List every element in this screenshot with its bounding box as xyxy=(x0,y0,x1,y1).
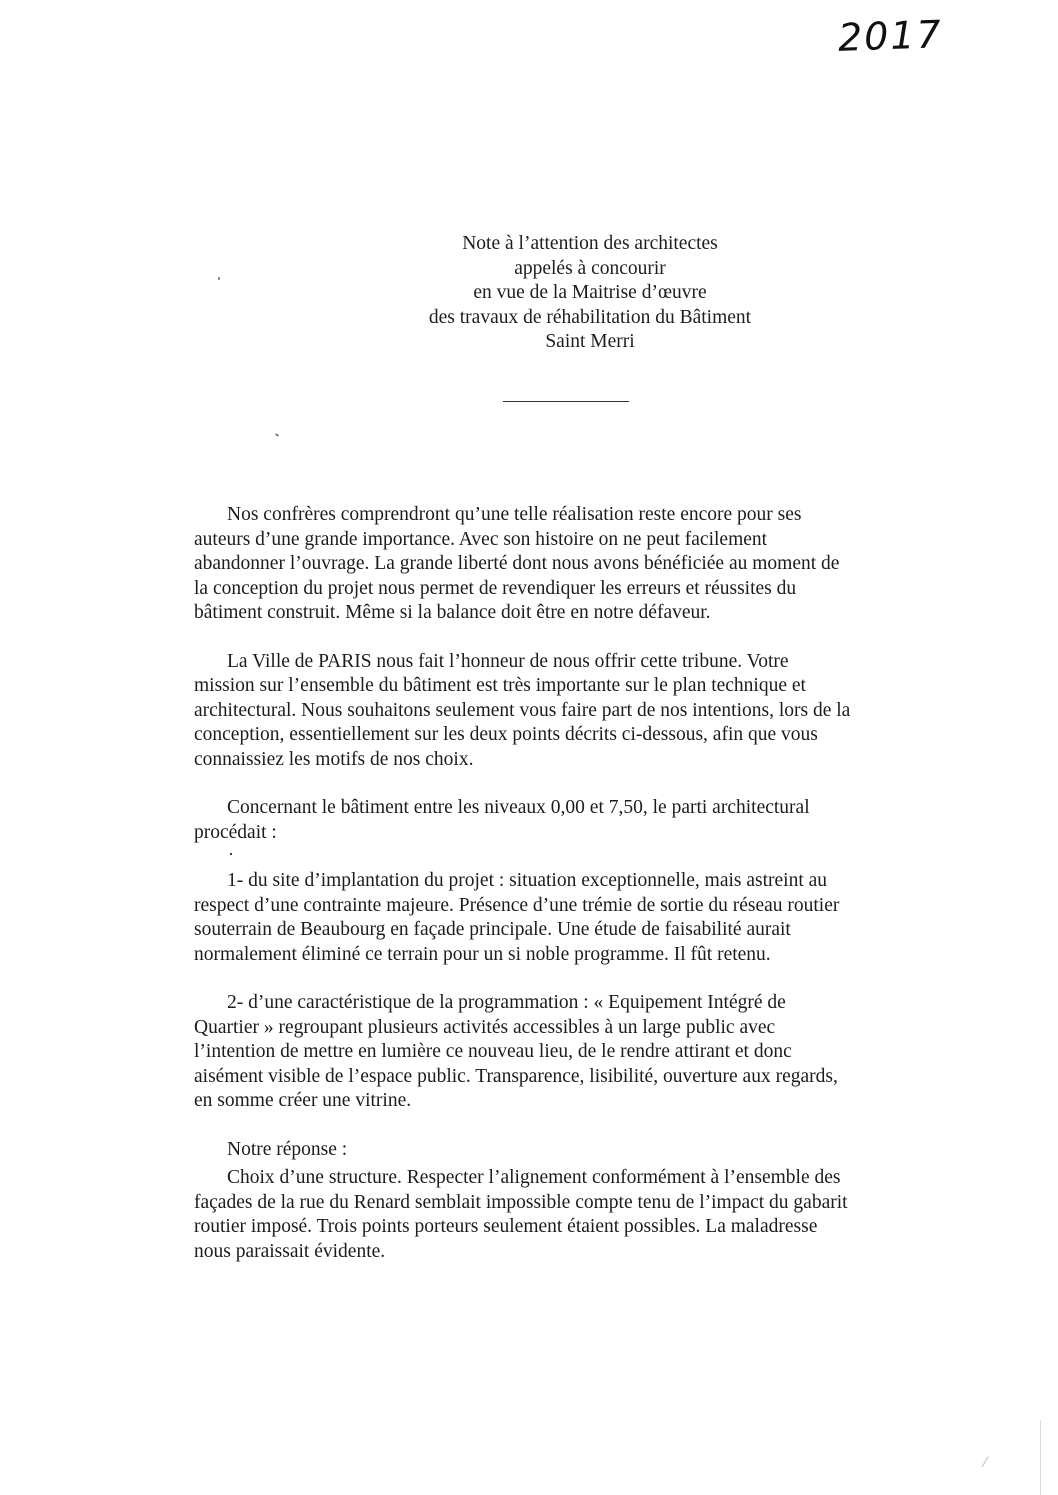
text-line: abandonner l’ouvrage. La grande liberté … xyxy=(194,552,914,577)
document-body: Nos confrères comprendront qu’une telle … xyxy=(194,503,914,1288)
paragraph-point-1: 1- du site d’implantation du projet : si… xyxy=(194,869,914,967)
paragraph-ville-de-paris: La Ville de PARIS nous fait l’honneur de… xyxy=(194,650,914,773)
text-line: auteurs d’une grande importance. Avec so… xyxy=(194,528,914,553)
text-line: la conception du projet nous permet de r… xyxy=(194,577,914,602)
text-line: Quartier » regroupant plusieurs activité… xyxy=(194,1016,914,1041)
text-line: Choix d’une structure. Respecter l’align… xyxy=(194,1166,914,1191)
paragraph-introduction: Nos confrères comprendront qu’une telle … xyxy=(194,503,914,626)
text-line: connaissiez les motifs de nos choix. xyxy=(194,748,914,773)
text-line: en somme créer une vitrine. xyxy=(194,1089,914,1114)
text-line: 2- d’une caractéristique de la programma… xyxy=(194,991,914,1016)
document-title: Note à l’attention des architectes appel… xyxy=(340,232,840,355)
paragraph-notre-reponse: Choix d’une structure. Respecter l’align… xyxy=(194,1166,914,1264)
text-line: façades de la rue du Renard semblait imp… xyxy=(194,1191,914,1216)
text-line: l’intention de mettre en lumière ce nouv… xyxy=(194,1040,914,1065)
scan-speck xyxy=(218,277,220,280)
stray-dot xyxy=(194,845,914,869)
title-line: Saint Merri xyxy=(340,330,840,355)
text-line: nous paraissait évidente. xyxy=(194,1240,914,1265)
text-line: conception, essentiellement sur les deux… xyxy=(194,723,914,748)
scan-edge xyxy=(1040,1420,1041,1495)
text-line: procédait : xyxy=(194,821,914,846)
text-line: La Ville de PARIS nous fait l’honneur de… xyxy=(194,650,914,675)
title-divider xyxy=(503,401,629,402)
paragraph-notre-reponse-heading: Notre réponse : xyxy=(194,1138,914,1163)
text-line: normalement éliminé ce terrain pour un s… xyxy=(194,943,914,968)
text-line: Notre réponse : xyxy=(194,1138,914,1163)
scan-speck xyxy=(275,433,279,437)
paragraph-point-2: 2- d’une caractéristique de la programma… xyxy=(194,991,914,1114)
title-line: Note à l’attention des architectes xyxy=(340,232,840,257)
text-line: architectural. Nous souhaitons seulement… xyxy=(194,699,914,724)
text-line: routier imposé. Trois points porteurs se… xyxy=(194,1215,914,1240)
text-line: bâtiment construit. Même si la balance d… xyxy=(194,601,914,626)
text-line: aisément visible de l’espace public. Tra… xyxy=(194,1065,914,1090)
text-line: Concernant le bâtiment entre les niveaux… xyxy=(194,796,914,821)
paragraph-concernant: Concernant le bâtiment entre les niveaux… xyxy=(194,796,914,845)
text-line: souterrain de Beaubourg en façade princi… xyxy=(194,918,914,943)
text-line: Nos confrères comprendront qu’une telle … xyxy=(194,503,914,528)
title-line: appelés à concourir xyxy=(340,257,840,282)
text-line: respect d’une contrainte majeure. Présen… xyxy=(194,894,914,919)
faint-page-mark-icon: ⁄ xyxy=(984,1455,986,1471)
text-line: mission sur l’ensemble du bâtiment est t… xyxy=(194,674,914,699)
title-line: des travaux de réhabilitation du Bâtimen… xyxy=(340,306,840,331)
handwritten-year-annotation: 2017 xyxy=(837,12,943,60)
text-line: 1- du site d’implantation du projet : si… xyxy=(194,869,914,894)
title-line: en vue de la Maitrise d’œuvre xyxy=(340,281,840,306)
